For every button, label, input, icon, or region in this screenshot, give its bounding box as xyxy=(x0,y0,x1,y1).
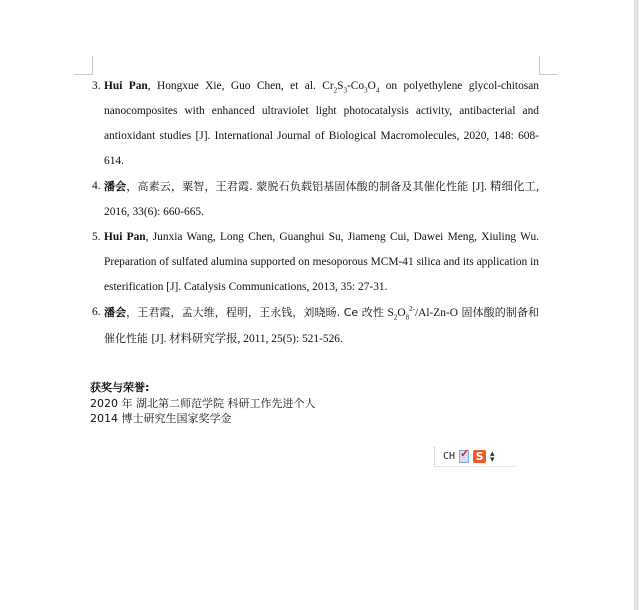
ref-author-bold: Hui Pan xyxy=(104,231,146,243)
award-item: 2014 博士研究生国家奖学金 xyxy=(90,411,315,427)
more-icon[interactable]: ▴▾ xyxy=(490,451,495,463)
ref-author-bold: 潘会 xyxy=(104,306,126,319)
reference-item-5: 5. Hui Pan, Junxia Wang, Long Chen, Guan… xyxy=(92,225,539,300)
ref-number: 3. xyxy=(92,74,101,99)
ref-author-bold: 潘会 xyxy=(104,180,126,193)
sogou-icon[interactable]: S xyxy=(473,450,486,463)
awards-section: 获奖与荣誉: 2020 年 湖北第二师范学院 科研工作先进个人 2014 博士研… xyxy=(90,380,315,427)
reference-item-6: 6. 潘会，王君霞，孟大维，程明，王永钱，刘晓旸. Ce 改性 S2O82-/A… xyxy=(92,300,539,352)
chem-formula: Cr2S3-Co3O4 xyxy=(322,80,379,92)
ref-author-bold: Hui Pan xyxy=(104,80,148,92)
award-item: 2020 年 湖北第二师范学院 科研工作先进个人 xyxy=(90,396,315,412)
awards-title: 获奖与荣誉: xyxy=(90,380,315,396)
reference-item-3: 3. Hui Pan, Hongxue Xie, Guo Chen, et al… xyxy=(92,74,539,174)
ref-number: 4. xyxy=(92,174,101,199)
margin-corner-right-h xyxy=(539,74,557,75)
vertical-scrollbar[interactable] xyxy=(634,0,639,610)
margin-corner-left-h xyxy=(74,74,93,75)
reference-list: 3. Hui Pan, Hongxue Xie, Guo Chen, et al… xyxy=(92,74,539,352)
doc-check-icon[interactable] xyxy=(459,450,469,463)
chem-formula: S2O82-/Al-Zn-O xyxy=(388,307,458,319)
ime-toolbar[interactable]: CH S ▴▾ xyxy=(434,447,516,467)
ref-number: 6. xyxy=(92,300,101,325)
ref-number: 5. xyxy=(92,225,101,250)
reference-item-4: 4. 潘会，高素云，粟智，王君霞. 蒙脱石负载铝基固体酸的制备及其催化性能 [J… xyxy=(92,174,539,225)
ime-lang-toggle[interactable]: CH xyxy=(443,451,455,462)
margin-corner-right-v xyxy=(539,56,540,75)
margin-corner-left-v xyxy=(92,56,93,75)
